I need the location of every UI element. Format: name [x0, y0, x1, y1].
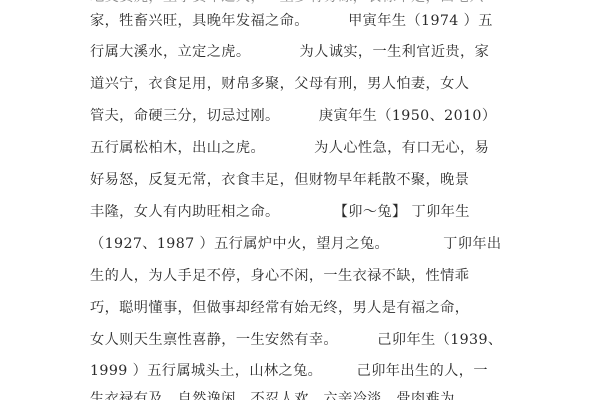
text-line: 五行属松柏木，出山之虎。 为人心性急，有口无心，易 — [90, 139, 489, 157]
text-line: 生的人，为人手足不停，身心不闲，一生衣禄不缺，性情乖 — [90, 267, 469, 285]
text-line: 行属大溪水，立定之虎。 为人诚实，一生利官近贵，家 — [90, 43, 489, 61]
text-line: 1999 ）五行属城头土，山林之兔。 己卯年出生的人，一 — [90, 362, 488, 380]
text-line: 丰隆，女人有内助旺相之命。 【卯～兔】 丁卯年生 — [90, 203, 470, 221]
text-line: 家，牲畜兴旺，具晚年发福之命。 甲寅年生（1974 ）五 — [90, 12, 493, 30]
document-page: 地支寅虎，生于寅年之人，一生多有劳碌，衣禄丰足，田宅兴 家，牲畜兴旺，具晚年发福… — [0, 0, 600, 400]
text-line: 管夫，命硬三分，切忌过刚。 庚寅年生（1950、2010） — [90, 107, 496, 125]
text-line: 道兴宁，衣食足用，财帛多聚，父母有刑，男人怕妻，女人 — [90, 75, 469, 93]
text-line: 巧，聪明懂事，但做事却经常有始无终，男人是有福之命， — [90, 299, 469, 317]
text-line: 好易怒，反复无常，衣食丰足，但财物早年耗散不聚，晚景 — [90, 171, 469, 189]
text-line-partial-bottom: 生衣禄有及，自然逸闲，不忍人欢，六亲冷淡，骨肉难为 — [90, 390, 455, 400]
text-line: 女人则天生禀性喜静，一生安然有幸。 己卯年生（1939、 — [90, 331, 503, 349]
text-line: （1927、1987 ）五行属炉中火，望月之兔。 丁卯年出 — [90, 235, 502, 253]
text-line-partial-top: 地支寅虎，生于寅年之人，一生多有劳碌，衣禄丰足，田宅兴 — [90, 0, 484, 6]
